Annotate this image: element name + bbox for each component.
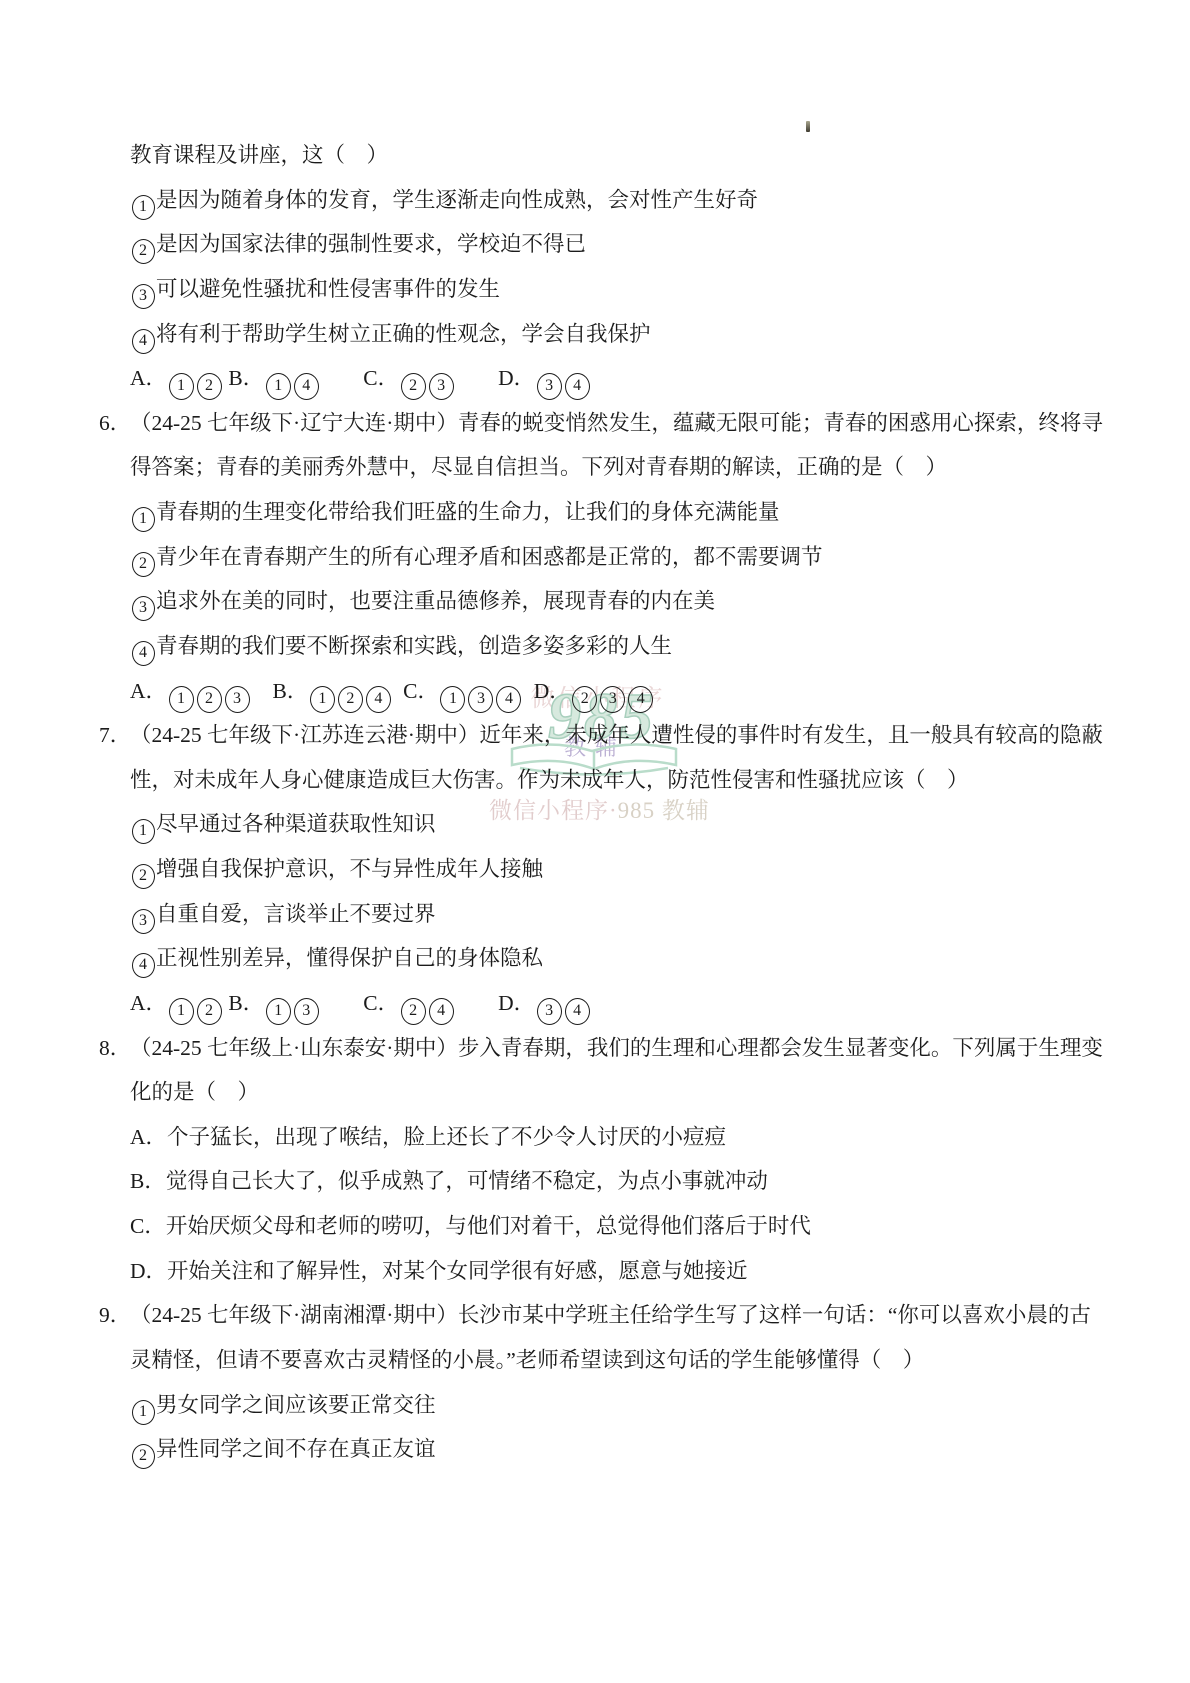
- circled-number-icon: 2: [572, 686, 597, 713]
- question-stem-line: 7．（24-25 七年级下·江苏连云港·期中）近年来，未成年人遭性侵的事件时有发…: [0, 713, 1190, 758]
- line-text: （24-25 七年级下·湖南湘潭·期中）长沙市某中学班主任给学生写了这样一句话：…: [130, 1303, 1091, 1327]
- circled-number-icon: 3: [132, 909, 155, 934]
- line-text: 2异性同学之间不存在真正友谊: [130, 1437, 436, 1461]
- line-text: 1青春期的生理变化带给我们旺盛的生命力，让我们的身体充满能量: [130, 500, 780, 524]
- line-text: （24-25 七年级下·辽宁大连·期中）青春的蜕变悄然发生，蕴藏无限可能；青春的…: [130, 411, 1103, 435]
- circled-number-icon: 1: [132, 819, 155, 844]
- stray-mark: [806, 121, 810, 132]
- circled-number-icon: 1: [310, 686, 335, 713]
- option-line: 1尽早通过各种渠道获取性知识: [0, 802, 1190, 847]
- line-text: 3自重自爱，言谈举止不要过界: [130, 902, 436, 926]
- option-line: 1是因为随着身体的发育，学生逐渐走向性成熟，会对性产生好奇: [0, 178, 1190, 223]
- stem-continuation-line: 得答案；青春的美丽秀外慧中，尽显自信担当。下列对青春期的解读，正确的是（ ）: [0, 445, 1190, 490]
- question-number: 8．: [99, 1026, 131, 1071]
- option-line: 3自重自爱，言谈举止不要过界: [0, 892, 1190, 937]
- line-text: A．12 B．14 C．23 D．34: [130, 366, 591, 390]
- option-line: 4正视性别差异，懂得保护自己的身体隐私: [0, 936, 1190, 981]
- option-line: 3可以避免性骚扰和性侵害事件的发生: [0, 267, 1190, 312]
- circled-number-icon: 2: [401, 998, 426, 1025]
- circled-number-icon: 4: [429, 998, 454, 1025]
- circled-number-icon: 1: [169, 373, 194, 400]
- circled-number-icon: 4: [496, 686, 521, 713]
- option-line: 2青少年在青春期产生的所有心理矛盾和困惑都是正常的，都不需要调节: [0, 535, 1190, 580]
- option-line: D．开始关注和了解异性，对某个女同学很有好感，愿意与她接近: [0, 1249, 1190, 1294]
- line-text: A．12 B．13 C．24 D．34: [130, 991, 591, 1015]
- question-stem-line: 9．（24-25 七年级下·湖南湘潭·期中）长沙市某中学班主任给学生写了这样一句…: [0, 1293, 1190, 1338]
- exam-body: 教育课程及讲座，这（ ）1是因为随着身体的发育，学生逐渐走向性成熟，会对性产生好…: [0, 133, 1190, 1472]
- line-text: 4青春期的我们要不断探索和实践，创造多姿多彩的人生: [130, 634, 672, 658]
- circled-number-icon: 3: [537, 373, 562, 400]
- circled-number-icon: 4: [132, 641, 155, 666]
- circled-number-icon: 2: [197, 998, 222, 1025]
- line-text: 1尽早通过各种渠道获取性知识: [130, 812, 436, 836]
- question-number: 7．: [99, 713, 131, 758]
- option-line: 2异性同学之间不存在真正友谊: [0, 1427, 1190, 1472]
- line-text: 灵精怪，但请不要喜欢古灵精怪的小晨。”老师希望读到这句话的学生能够懂得（ ）: [130, 1348, 924, 1372]
- line-text: D．开始关注和了解异性，对某个女同学很有好感，愿意与她接近: [130, 1259, 748, 1283]
- circled-number-icon: 1: [132, 1400, 155, 1425]
- line-text: 4将有利于帮助学生树立正确的性观念，学会自我保护: [130, 322, 651, 346]
- line-text: （24-25 七年级下·江苏连云港·期中）近年来，未成年人遭性侵的事件时有发生，…: [130, 723, 1103, 747]
- line-text: C．开始厌烦父母和老师的唠叨，与他们对着干，总觉得他们落后于时代: [130, 1214, 811, 1238]
- line-text: 得答案；青春的美丽秀外慧中，尽显自信担当。下列对青春期的解读，正确的是（ ）: [130, 455, 947, 479]
- circled-number-icon: 1: [132, 507, 155, 532]
- option-line: 2增强自我保护意识，不与异性成年人接触: [0, 847, 1190, 892]
- option-line: 4将有利于帮助学生树立正确的性观念，学会自我保护: [0, 312, 1190, 357]
- circled-number-icon: 4: [366, 686, 391, 713]
- circled-number-icon: 4: [628, 686, 653, 713]
- option-line: 4青春期的我们要不断探索和实践，创造多姿多彩的人生: [0, 624, 1190, 669]
- circled-number-icon: 2: [401, 373, 426, 400]
- line-text: A．个子猛长，出现了喉结，脸上还长了不少令人讨厌的小痘痘: [130, 1125, 726, 1149]
- circled-number-icon: 3: [600, 686, 625, 713]
- line-text: 性，对未成年人身心健康造成巨大伤害。作为未成年人，防范性侵害和性骚扰应该（ ）: [130, 768, 969, 792]
- line-text: 2是因为国家法律的强制性要求，学校迫不得已: [130, 232, 586, 256]
- circled-number-icon: 2: [132, 1444, 155, 1469]
- line-text: 化的是（ ）: [130, 1080, 259, 1104]
- circled-number-icon: 4: [132, 953, 155, 978]
- line-text: 1是因为随着身体的发育，学生逐渐走向性成熟，会对性产生好奇: [130, 188, 758, 212]
- circled-number-icon: 2: [197, 686, 222, 713]
- circled-number-icon: 1: [266, 998, 291, 1025]
- answer-choices-line: A．12 B．14 C．23 D．34: [0, 356, 1190, 401]
- circled-number-icon: 3: [429, 373, 454, 400]
- circled-number-icon: 3: [132, 284, 155, 309]
- circled-number-icon: 1: [440, 686, 465, 713]
- stem-continuation-line: 化的是（ ）: [0, 1070, 1190, 1115]
- option-line: B．觉得自己长大了，似乎成熟了，可情绪不稳定，为点小事就冲动: [0, 1159, 1190, 1204]
- question-stem-line: 8．（24-25 七年级上·山东泰安·期中）步入青春期，我们的生理和心理都会发生…: [0, 1026, 1190, 1071]
- line-text: 教育课程及讲座，这（ ）: [130, 143, 388, 167]
- circled-number-icon: 1: [169, 998, 194, 1025]
- circled-number-icon: 1: [266, 373, 291, 400]
- option-line: 1青春期的生理变化带给我们旺盛的生命力，让我们的身体充满能量: [0, 490, 1190, 535]
- circled-number-icon: 1: [169, 686, 194, 713]
- line-text: 3可以避免性骚扰和性侵害事件的发生: [130, 277, 500, 301]
- circled-number-icon: 3: [132, 596, 155, 621]
- line-text: 1男女同学之间应该要正常交往: [130, 1393, 436, 1417]
- circled-number-icon: 1: [132, 195, 155, 220]
- stem-continuation-line: 性，对未成年人身心健康造成巨大伤害。作为未成年人，防范性侵害和性骚扰应该（ ）: [0, 758, 1190, 803]
- circled-number-icon: 3: [468, 686, 493, 713]
- circled-number-icon: 2: [197, 373, 222, 400]
- circled-number-icon: 3: [294, 998, 319, 1025]
- circled-number-icon: 3: [225, 686, 250, 713]
- circled-number-icon: 4: [132, 329, 155, 354]
- stem-continuation-line: 灵精怪，但请不要喜欢古灵精怪的小晨。”老师希望读到这句话的学生能够懂得（ ）: [0, 1338, 1190, 1383]
- line-text: 3追求外在美的同时，也要注重品德修养，展现青春的内在美: [130, 589, 715, 613]
- circled-number-icon: 2: [338, 686, 363, 713]
- answer-choices-line: A．12 B．13 C．24 D．34: [0, 981, 1190, 1026]
- stem-continuation-line: 教育课程及讲座，这（ ）: [0, 133, 1190, 178]
- question-stem-line: 6．（24-25 七年级下·辽宁大连·期中）青春的蜕变悄然发生，蕴藏无限可能；青…: [0, 401, 1190, 446]
- line-text: 2增强自我保护意识，不与异性成年人接触: [130, 857, 543, 881]
- line-text: （24-25 七年级上·山东泰安·期中）步入青春期，我们的生理和心理都会发生显著…: [130, 1036, 1103, 1060]
- line-text: 4正视性别差异，懂得保护自己的身体隐私: [130, 946, 543, 970]
- answer-choices-line: A．123 B．124 C．134 D．234: [0, 669, 1190, 714]
- circled-number-icon: 4: [565, 373, 590, 400]
- question-number: 6．: [99, 401, 131, 446]
- circled-number-icon: 2: [132, 552, 155, 577]
- option-line: C．开始厌烦父母和老师的唠叨，与他们对着干，总觉得他们落后于时代: [0, 1204, 1190, 1249]
- line-text: A．123 B．124 C．134 D．234: [130, 679, 655, 703]
- option-line: A．个子猛长，出现了喉结，脸上还长了不少令人讨厌的小痘痘: [0, 1115, 1190, 1160]
- circled-number-icon: 3: [537, 998, 562, 1025]
- circled-number-icon: 2: [132, 864, 155, 889]
- line-text: B．觉得自己长大了，似乎成熟了，可情绪不稳定，为点小事就冲动: [130, 1169, 768, 1193]
- option-line: 2是因为国家法律的强制性要求，学校迫不得已: [0, 222, 1190, 267]
- circled-number-icon: 4: [565, 998, 590, 1025]
- option-line: 3追求外在美的同时，也要注重品德修养，展现青春的内在美: [0, 579, 1190, 624]
- option-line: 1男女同学之间应该要正常交往: [0, 1383, 1190, 1428]
- circled-number-icon: 2: [132, 239, 155, 264]
- circled-number-icon: 4: [294, 373, 319, 400]
- line-text: 2青少年在青春期产生的所有心理矛盾和困惑都是正常的，都不需要调节: [130, 545, 823, 569]
- question-number: 9．: [99, 1293, 131, 1338]
